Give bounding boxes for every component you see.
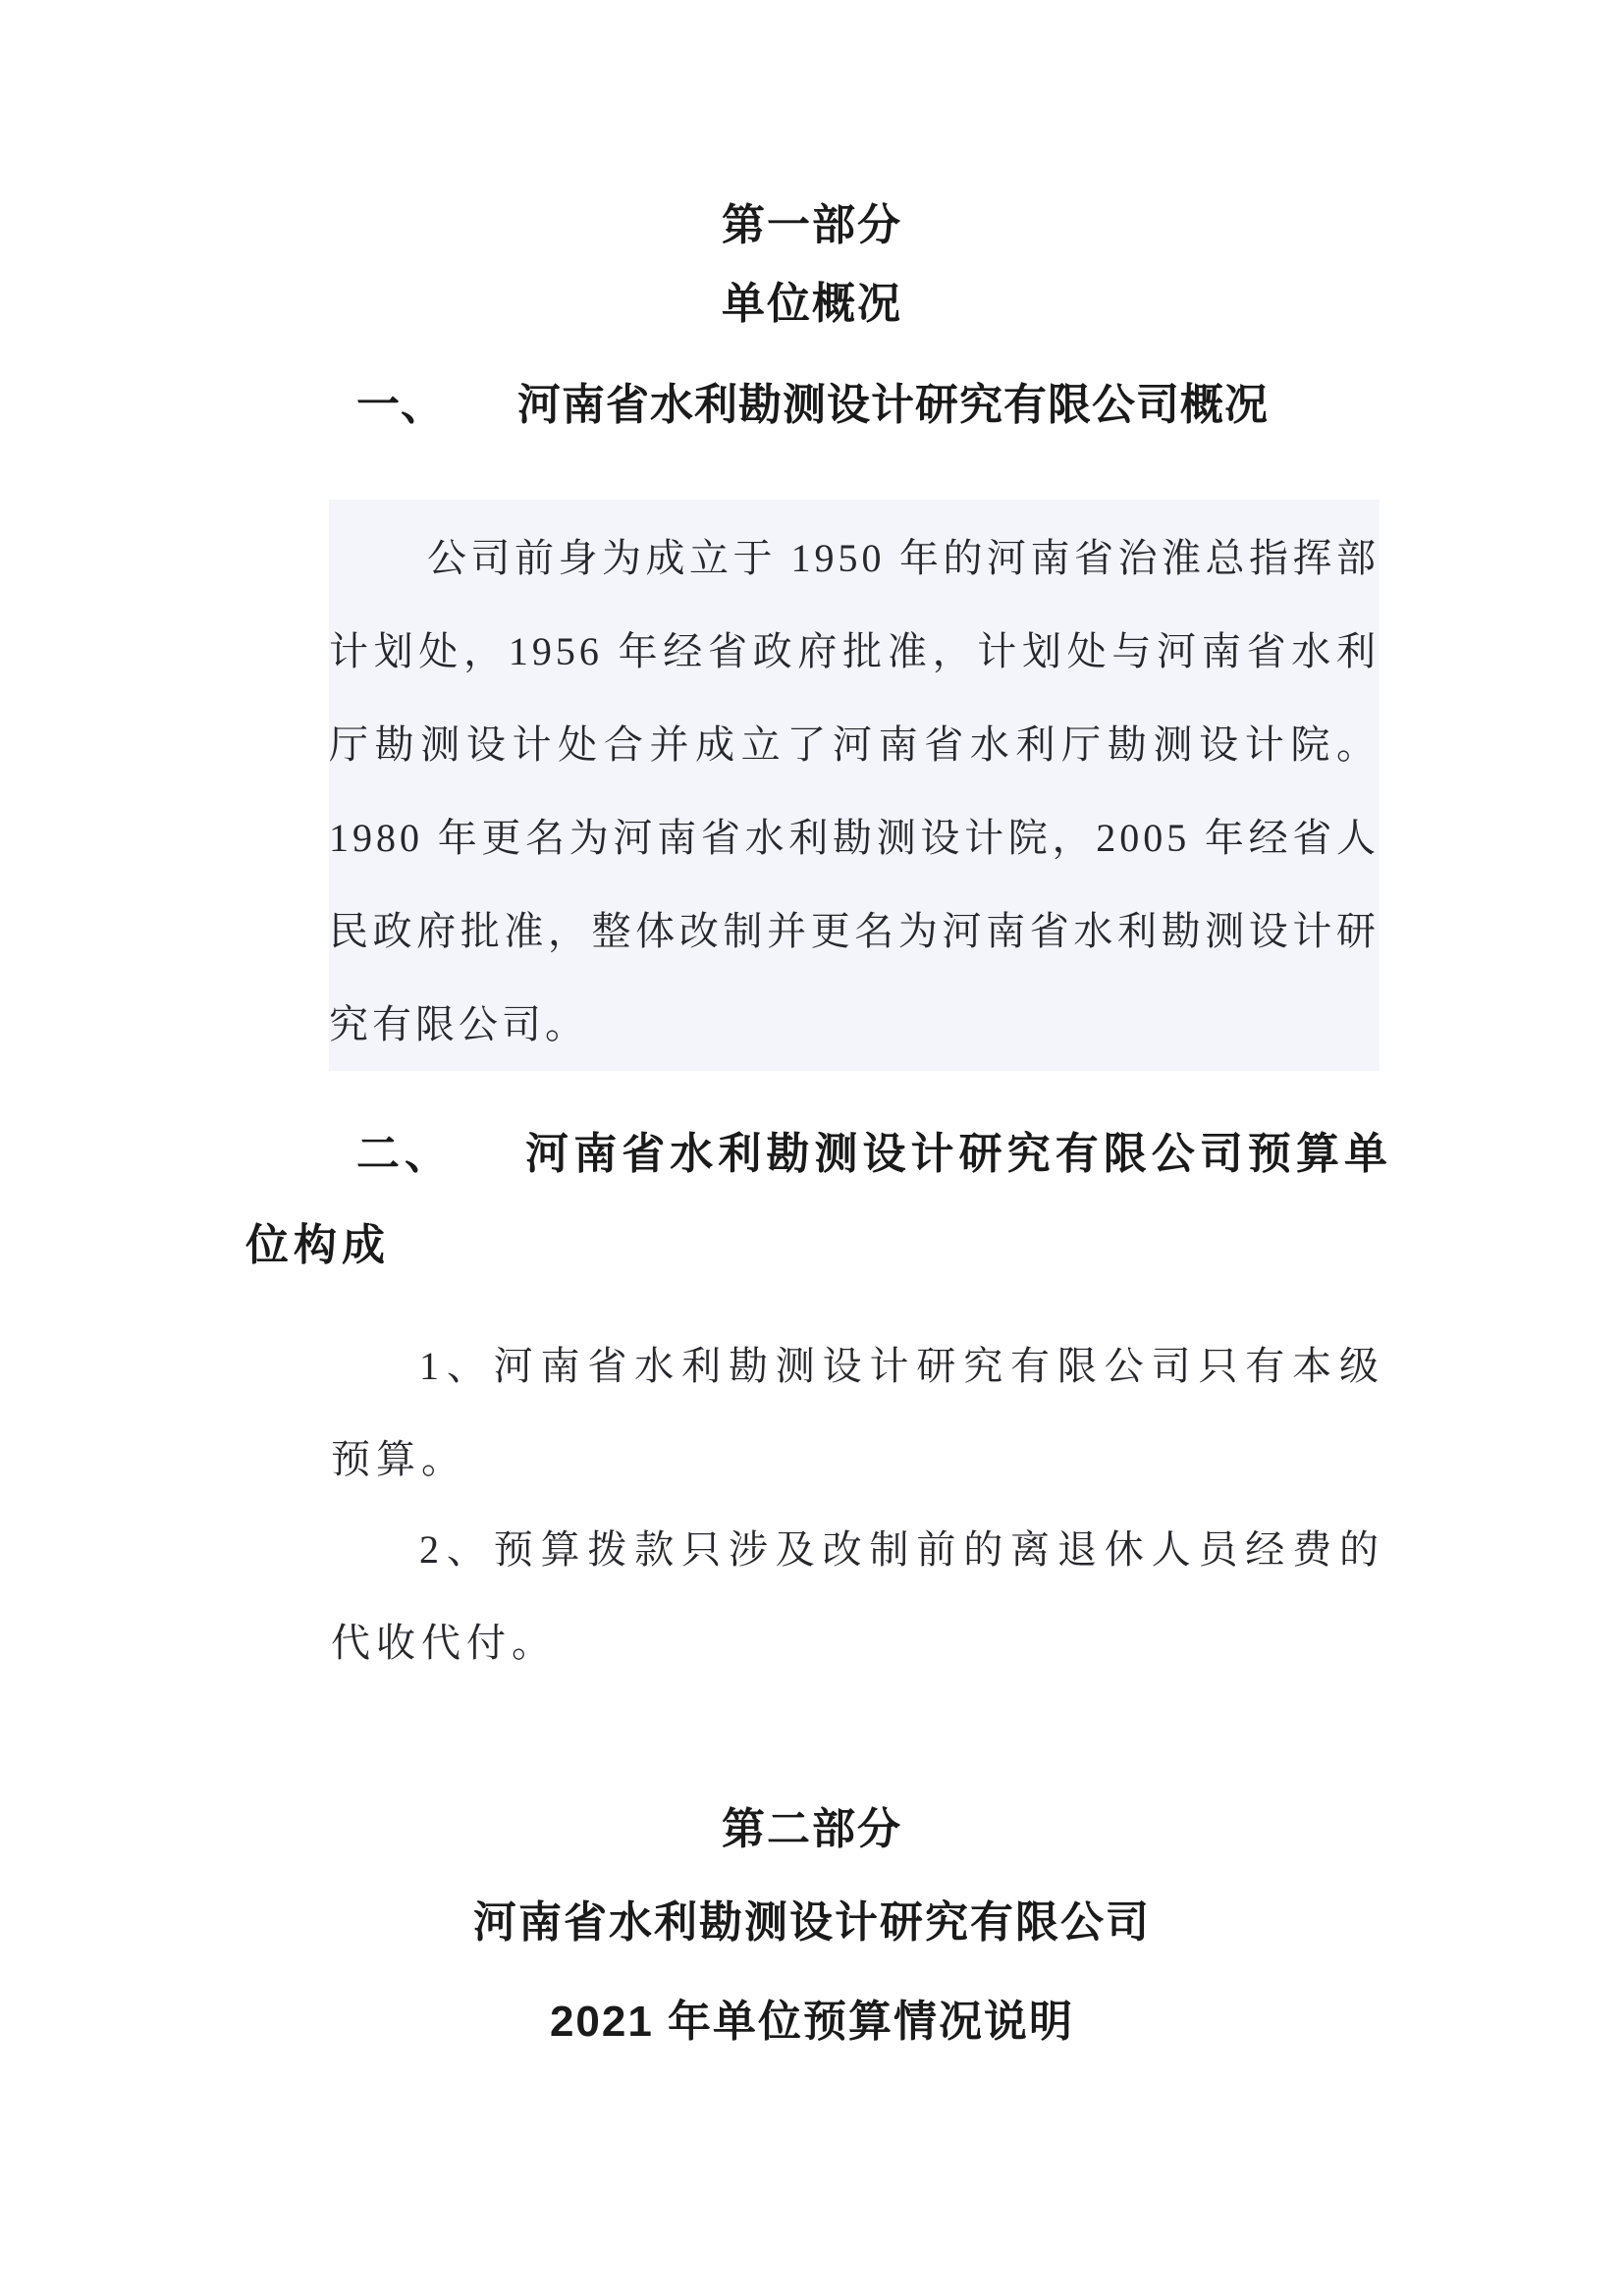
part2-subtitle: 2021 年单位预算情况说明 (0, 1998, 1624, 2047)
part2-company-name: 河南省水利勘测设计研究有限公司 (0, 1898, 1624, 1948)
budget-item-2: 2、预算拨款只涉及改制前的离退休人员经费的代收代付。 (331, 1503, 1384, 1689)
section1-heading: 一、河南省水利勘测设计研究有限公司概况 (245, 359, 1424, 451)
section1-title: 河南省水利勘测设计研究有限公司概况 (517, 381, 1269, 429)
part1-subheading: 单位概况 (0, 280, 1624, 329)
part1-heading: 第一部分 (0, 201, 1624, 250)
part2-heading: 第二部分 (0, 1805, 1624, 1854)
tab-space (453, 1167, 525, 1168)
budget-item-1: 1、河南省水利勘测设计研究有限公司只有本级预算。 (331, 1319, 1384, 1506)
section1-number: 一、 (356, 381, 445, 429)
section2-heading: 二、河南省水利勘测设计研究有限公司预算单位构成 (245, 1108, 1392, 1291)
company-history-highlighted-paragraph: 公司前身为成立于 1950 年的河南省治淮总指挥部计划处，1956 年经省政府批… (329, 500, 1380, 1071)
section2-number: 二、 (356, 1130, 453, 1178)
document-page: 第一部分 单位概况 一、河南省水利勘测设计研究有限公司概况 公司前身为成立于 1… (0, 0, 1624, 2296)
tab-space (445, 418, 517, 419)
